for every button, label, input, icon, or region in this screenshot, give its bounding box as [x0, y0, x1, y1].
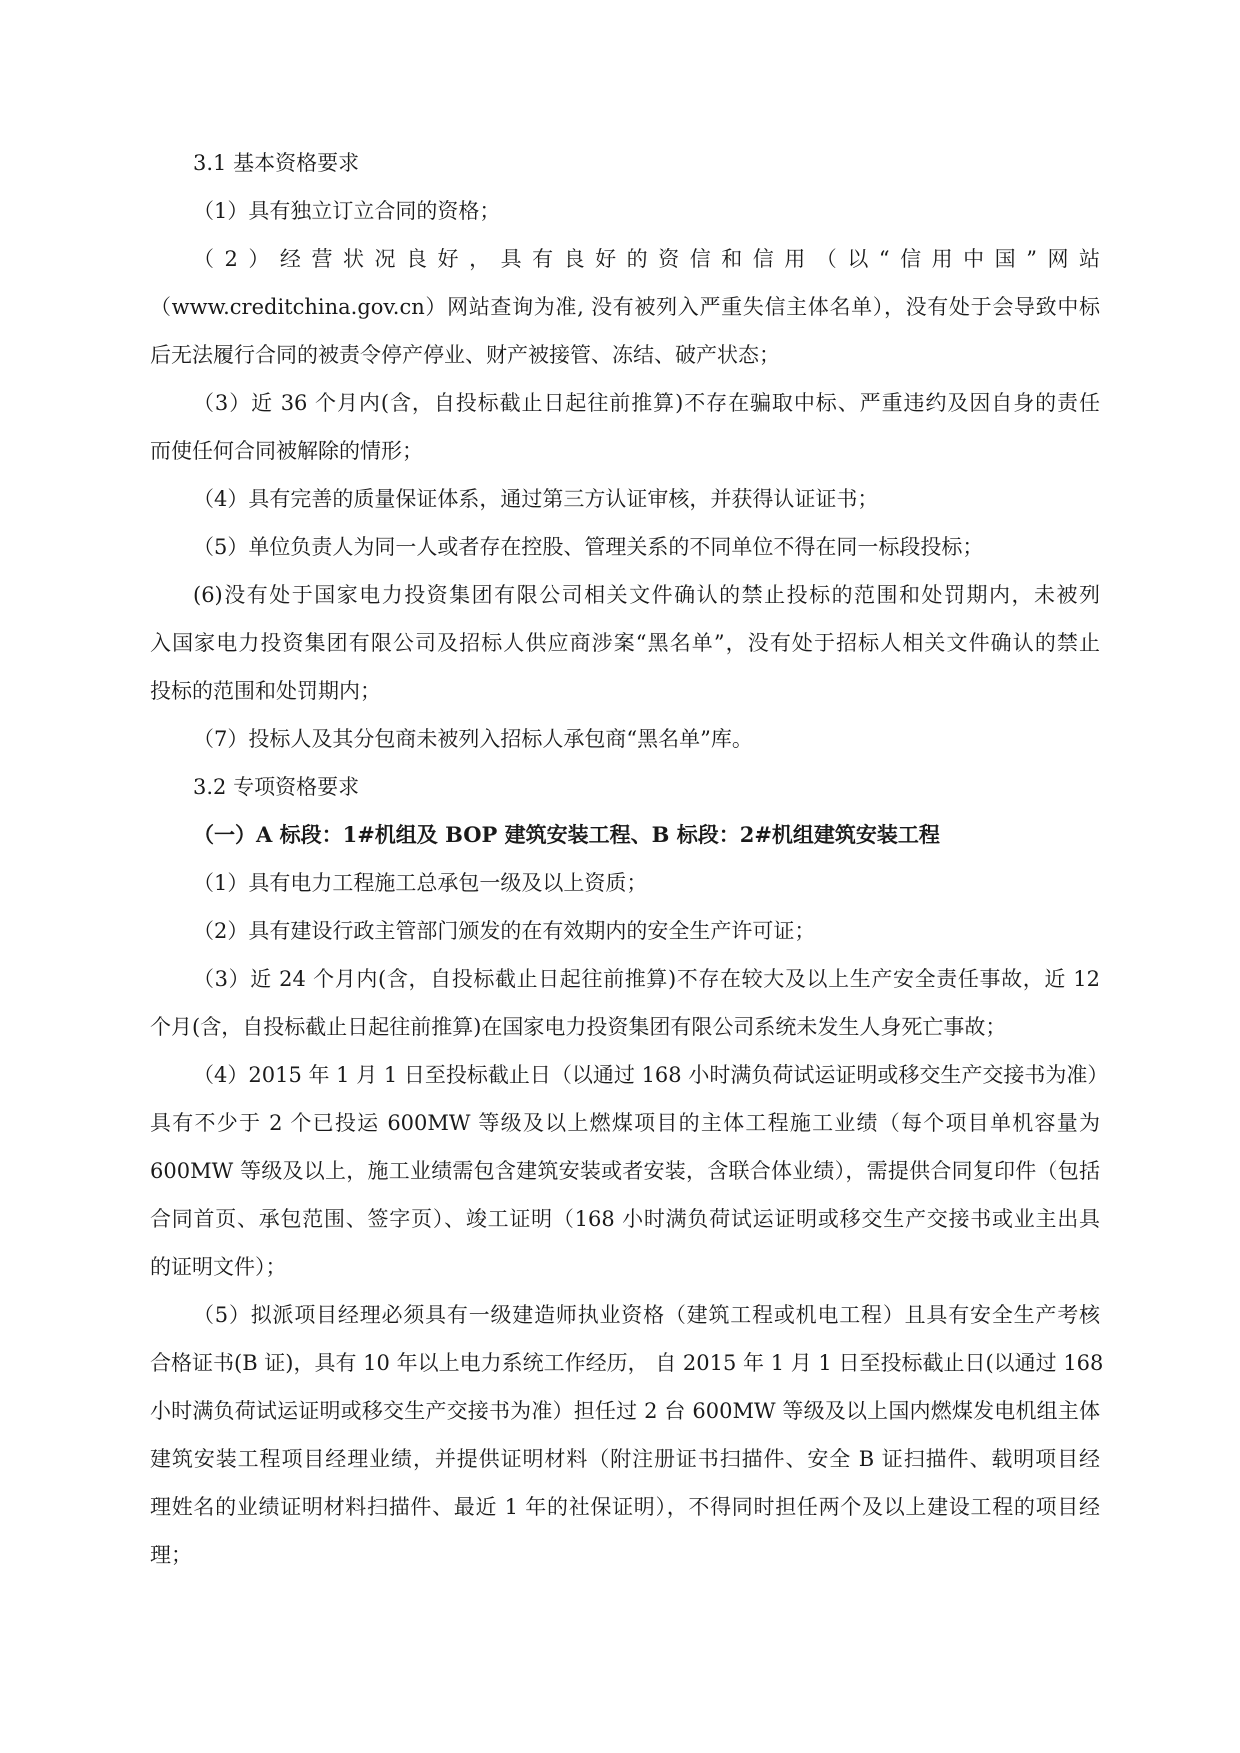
requirement-3-1-5: （5）单位负责人为同一人或者存在控股、管理关系的不同单位不得在同一标段投标； [193, 534, 983, 560]
requirement-3-2-5-line-2: 合格证书(B 证)，具有 10 年以上电力系统工作经历， 自 2015 年 1 … [150, 1350, 1100, 1376]
requirement-3-2-4-line-2: 具有不少于 2 个已投运 600MW 等级及以上燃煤项目的主体工程施工业绩（每个… [150, 1110, 1100, 1136]
section-heading-3-1: 3.1 基本资格要求 [193, 150, 359, 176]
section-heading-3-2: 3.2 专项资格要求 [193, 774, 359, 800]
requirement-3-1-3-line-1: （3）近 36 个月内(含，自投标截止日起往前推算)不存在骗取中标、严重违约及因… [193, 390, 1100, 416]
requirement-3-2-5-line-3: 小时满负荷试运证明或移交生产交接书为准）担任过 2 台 600MW 等级及以上国… [150, 1398, 1100, 1424]
requirement-3-1-2-line-3: 后无法履行合同的被责令停产停业、财产被接管、冻结、破产状态； [150, 342, 780, 368]
requirement-3-1-6-line-3: 投标的范围和处罚期内； [150, 678, 381, 704]
requirement-3-1-6-line-1: (6)没有处于国家电力投资集团有限公司相关文件确认的禁止投标的范围和处罚期内，未… [193, 582, 1100, 608]
requirement-3-2-5-line-6: 理； [150, 1542, 192, 1568]
requirement-3-1-7: （7）投标人及其分包商未被列入招标人承包商“黑名单”库。 [193, 726, 753, 752]
requirement-3-2-3-line-1: （3）近 24 个月内(含，自投标截止日起往前推算)不存在较大及以上生产安全责任… [193, 966, 1100, 992]
requirement-3-1-1: （1）具有独立订立合同的资格； [193, 198, 500, 224]
requirement-3-2-5-line-1: （5）拟派项目经理必须具有一级建造师执业资格（建筑工程或机电工程）且具有安全生产… [193, 1302, 1100, 1328]
requirement-3-1-4: （4）具有完善的质量保证体系，通过第三方认证审核，并获得认证证书； [193, 486, 878, 512]
requirement-3-1-3-line-2: 而使任何合同被解除的情形； [150, 438, 423, 464]
requirement-3-2-5-line-5: 理姓名的业绩证明材料扫描件、最近 1 年的社保证明），不得同时担任两个及以上建设… [150, 1494, 1100, 1520]
requirement-3-2-3-line-2: 个月(含，自投标截止日起往前推算)在国家电力投资集团有限公司系统未发生人身死亡事… [150, 1014, 1006, 1040]
requirement-3-2-4-line-1: （4）2015 年 1 月 1 日至投标截止日（以通过 168 小时满负荷试运证… [193, 1062, 1100, 1088]
requirement-3-2-4-line-4: 合同首页、承包范围、签字页）、竣工证明（168 小时满负荷试运证明或移交生产交接… [150, 1206, 1100, 1232]
lot-subheading: （一）A 标段：1#机组及 BOP 建筑安装工程、B 标段：2#机组建筑安装工程 [193, 822, 940, 848]
requirement-3-2-2: （2）具有建设行政主管部门颁发的在有效期内的安全生产许可证； [193, 918, 815, 944]
requirement-3-2-4-line-3: 600MW 等级及以上，施工业绩需包含建筑安装或者安装，含联合体业绩），需提供合… [150, 1158, 1100, 1184]
requirement-3-1-2-line-1: （2）经营状况良好，具有良好的资信和信用（以“信用中国”网站 [193, 246, 1100, 272]
requirement-3-2-4-line-5: 的证明文件）； [150, 1254, 287, 1280]
requirement-3-2-1: （1）具有电力工程施工总承包一级及以上资质； [193, 870, 647, 896]
requirement-3-1-2-line-2: （www.creditchina.gov.cn）网站查询为准, 没有被列入严重失… [150, 294, 1100, 320]
requirement-3-2-5-line-4: 建筑安装工程项目经理业绩，并提供证明材料（附注册证书扫描件、安全 B 证扫描件、… [150, 1446, 1100, 1472]
requirement-3-1-6-line-2: 入国家电力投资集团有限公司及招标人供应商涉案“黑名单”，没有处于招标人相关文件确… [150, 630, 1100, 656]
